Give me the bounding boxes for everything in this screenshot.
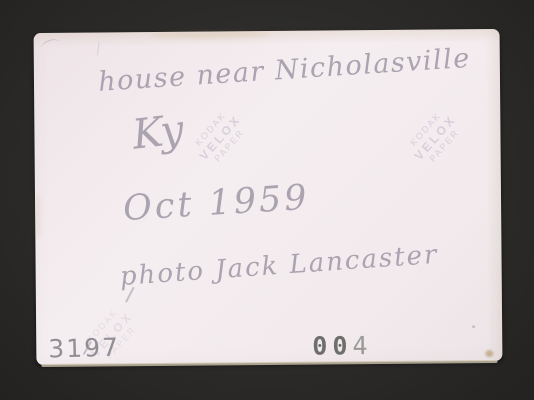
photo-print-back: KODAK VELOX PAPER KODAK VELOX PAPER KODA… [34,29,503,365]
handwritten-catalog-number: 3197 [48,333,120,364]
watermark-brand-text: KODAK [188,105,233,154]
age-stain [35,195,40,237]
stamped-number: 004 [312,331,372,361]
age-stain [152,31,272,39]
watermark-brand-text: KODAK [403,105,448,154]
stamped-digit: 0 [332,331,352,360]
album-mount-background: KODAK VELOX PAPER KODAK VELOX PAPER KODA… [0,0,534,400]
watermark-product-text: VELOX [411,112,459,163]
watermark-product-text: VELOX [196,112,244,163]
watermark-material-text: PAPER [207,121,252,170]
kodak-velox-watermark: KODAK VELOX PAPER [188,105,252,171]
handwritten-caption-line2: Ky [130,105,186,158]
handwritten-photographer-credit: photo Jack Lancaster [119,240,439,292]
kodak-velox-watermark: KODAK VELOX PAPER [403,105,467,171]
corner-pencil-scribble [39,37,62,55]
handwritten-date: Oct 1959 [122,178,311,229]
stamped-digit: 4 [352,331,372,360]
stray-pencil-mark [97,42,100,55]
stamped-digit: 0 [312,331,332,360]
age-stain [485,350,493,357]
handwritten-caption-line1: house near Nicholasville [97,43,471,98]
watermark-material-text: PAPER [422,121,467,170]
age-stain [472,325,475,328]
